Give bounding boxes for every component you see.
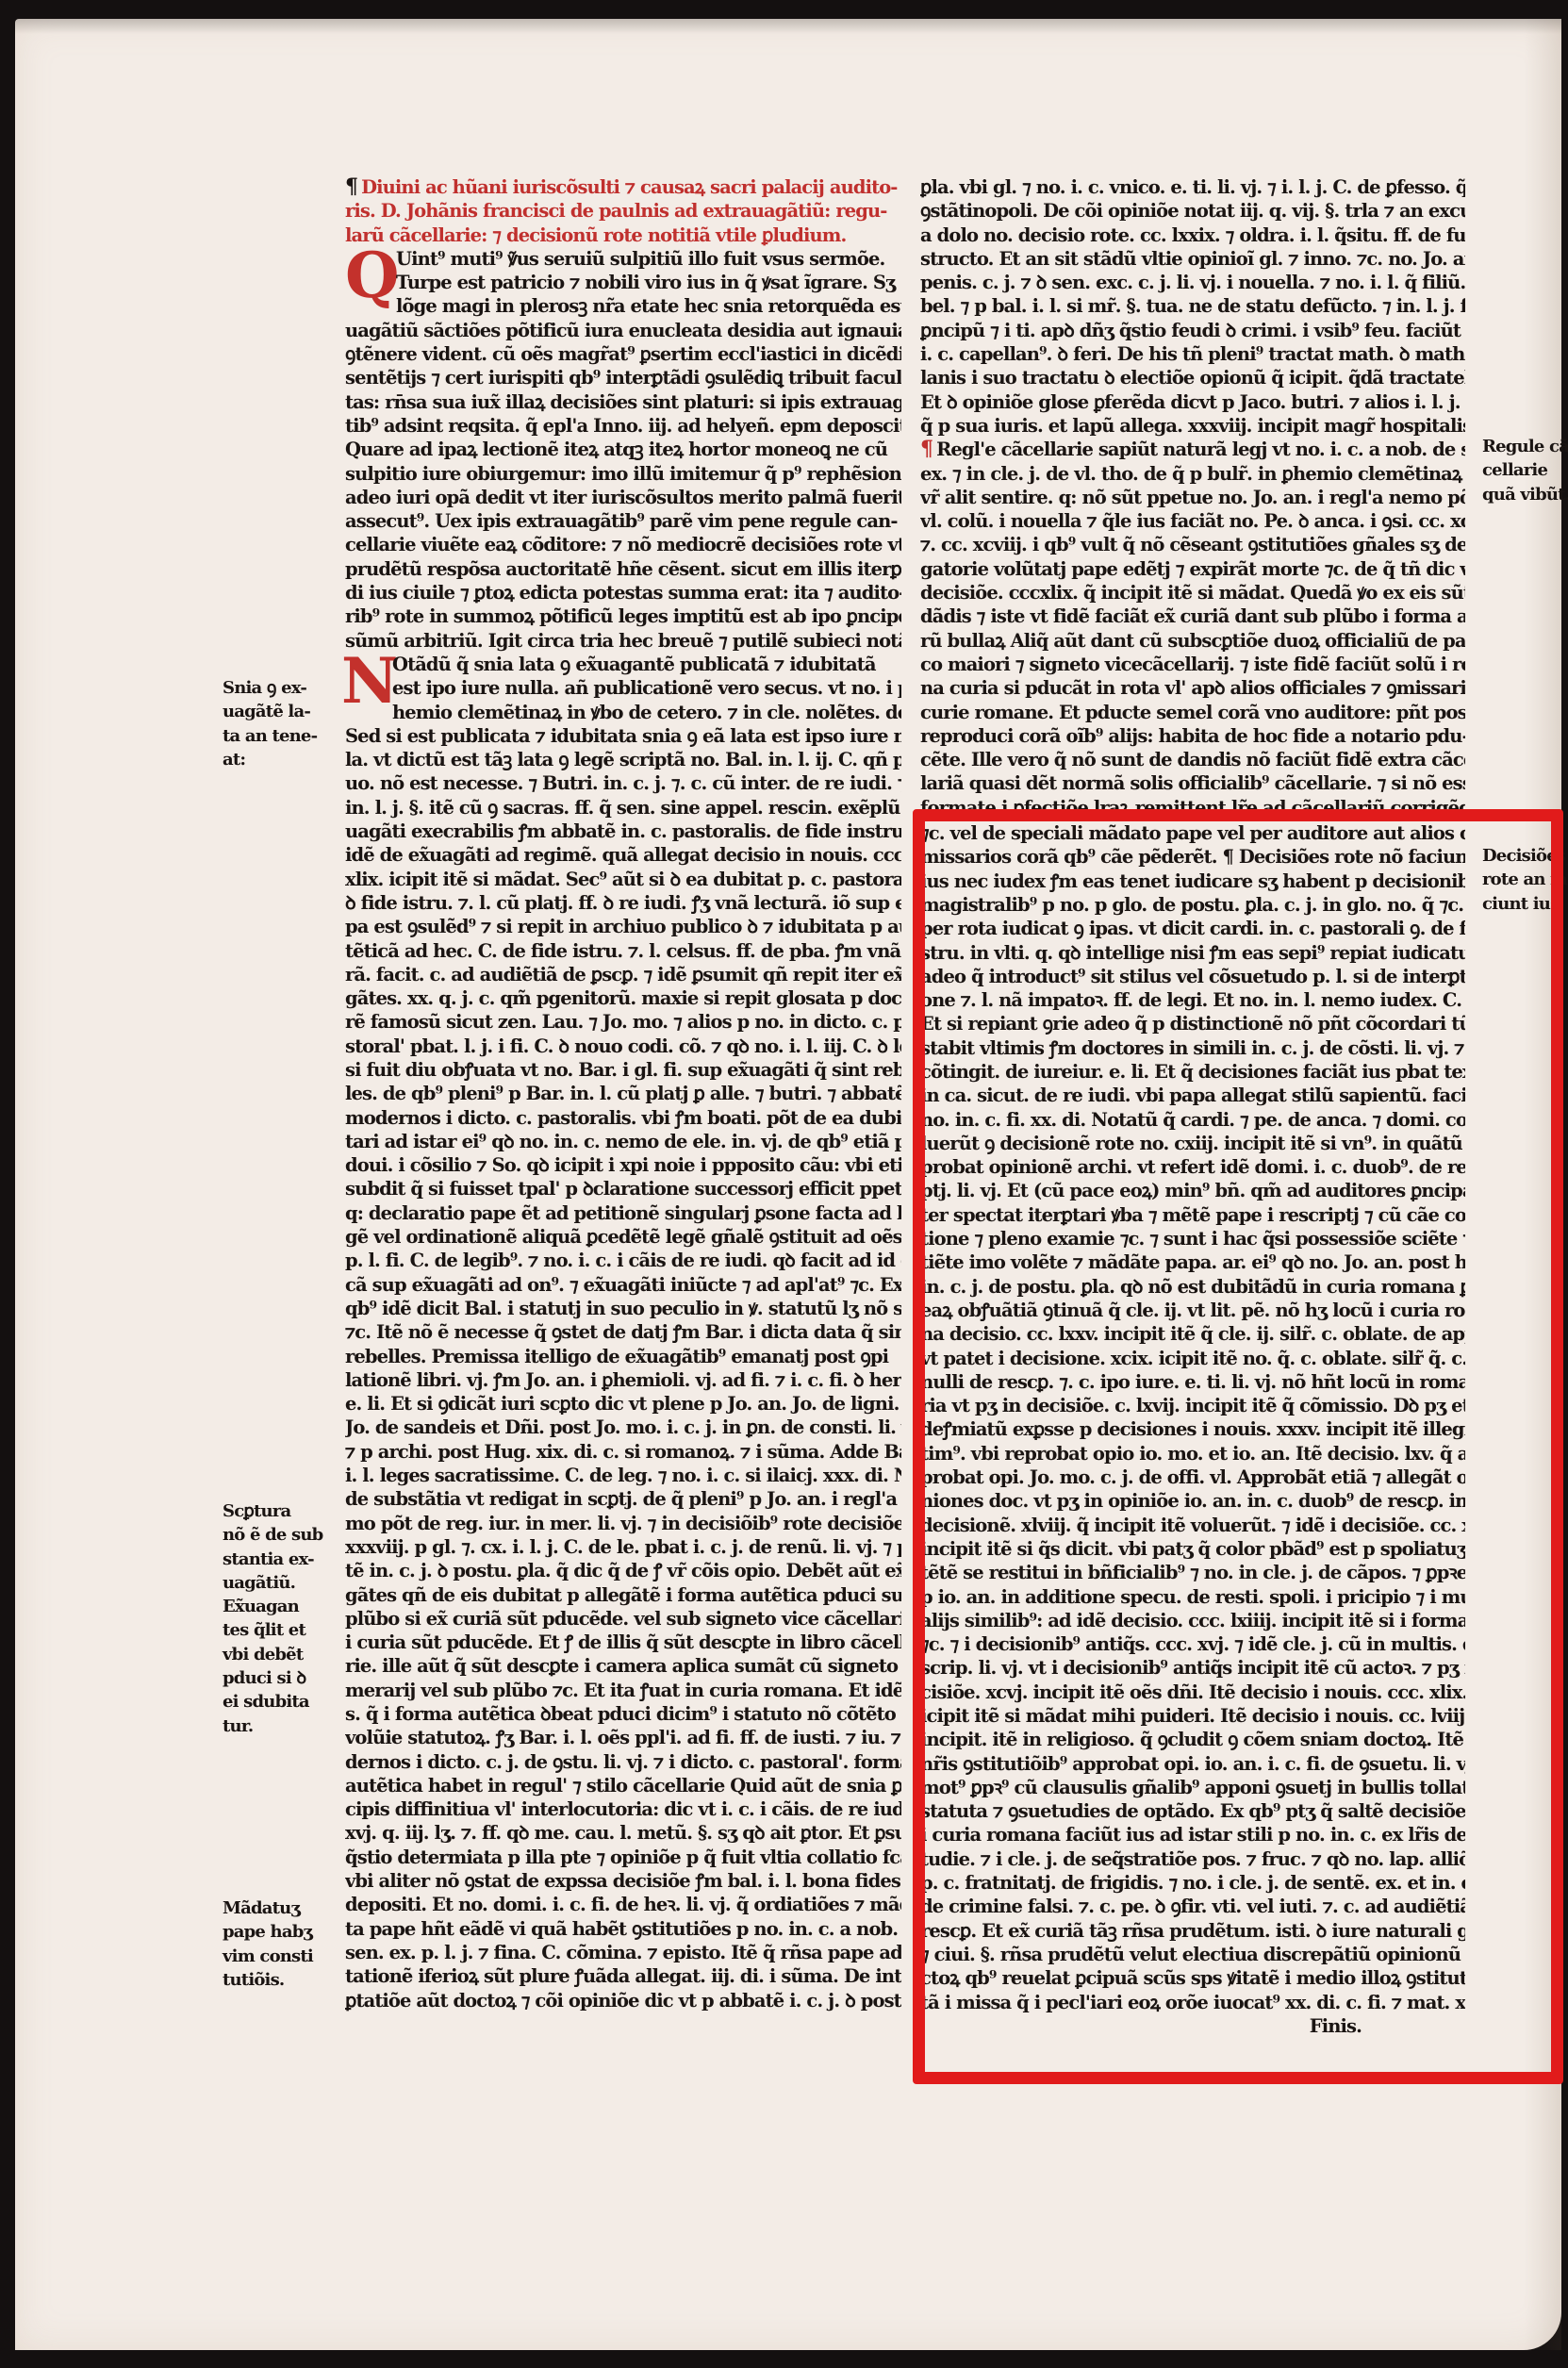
text-line: rib⁹ rote in summoꝝ põtificũ leges impti… bbox=[345, 604, 901, 628]
heading-line: ris. D. Johãnis francisci de paulnis ad … bbox=[345, 199, 901, 223]
highlighted-text-line: cisiõe. xcvj. incipit itẽ oẽs dñi. Itẽ d… bbox=[920, 1681, 1465, 1704]
text-line: in. l. j. §. itẽ cũ ꝯ sacras. ff. q̃ sen… bbox=[345, 796, 901, 820]
text-line: i. l. leges sacratissime. C. de leg. ⁊ n… bbox=[345, 1464, 901, 1487]
text-line: ꝺ fide istru. ⁊. l. cũ platj. ff. ꝺ re i… bbox=[345, 891, 901, 915]
text-line: Jo. de sandeis et Dñi. post Jo. mo. i. c… bbox=[345, 1416, 901, 1439]
text-line: na curia si pducãt in rota vl' apꝺ alios… bbox=[920, 676, 1465, 700]
text-line: volũie statutoꝝ. ꝭʒ Bar. i. l. oẽs ppl'i… bbox=[345, 1726, 901, 1749]
text-line: xxxviij. p gl. ⁊. cx. i. l. j. C. de le.… bbox=[345, 1535, 901, 1559]
text-line: vbi aliter nõ ꝯstat de expssa decisiõe ꝭ… bbox=[345, 1869, 901, 1893]
text-line: cã sup ex̃uagãti ad on⁹. ⁊ ex̃uagãti ini… bbox=[345, 1273, 901, 1297]
highlighted-text-line: missarios corã qb⁹ cãe pẽderẽt. ¶ Decisi… bbox=[920, 845, 1465, 869]
highlighted-text-line: ⁊ ciui. §. rñsa prudẽtũ velut electiua d… bbox=[920, 1943, 1465, 1966]
margin-note-mandatum: Mãdatuʒ pape habʒ vim consti tutiõis. bbox=[223, 1896, 313, 1992]
text-line: Quare ad ipaꝝ lectionẽ iteꝝ atqꝫ iteꝝ ho… bbox=[345, 438, 901, 461]
text-line: gẽ vel ordinationẽ aliquã ꝑcedẽtẽ legẽ g… bbox=[345, 1225, 901, 1249]
text-line: dernos i dicto. c. j. de ꝯstu. li. vj. ⁊… bbox=[345, 1750, 901, 1774]
highlighted-text-line: stru. in vlti. q. qꝺ intellige nisi ꝭm e… bbox=[920, 941, 1465, 965]
text-line: idẽ de ex̃uagãti ad regimẽ. quã allegat … bbox=[345, 843, 901, 867]
text-line: autẽtica habet in regul' ⁊ stilo cãcella… bbox=[345, 1774, 901, 1797]
highlighted-text-line: mot⁹ ꝑpꝛ⁹ cũ clausulis gñalib⁹ apponi ꝯs… bbox=[920, 1776, 1465, 1799]
text-line: est ipo iure nulla. añ publicationẽ vero… bbox=[392, 676, 901, 700]
text-line: dãdis ⁊ iste vt fidẽ faciãt ex̃ curiã da… bbox=[920, 604, 1465, 628]
text-line: formate i ꝑfectiõe lraꝝ remittent lr̃e a… bbox=[920, 796, 1465, 820]
text-line: rã. facit. c. ad audiẽtiã de ꝑscꝑ. ⁊ idẽ… bbox=[345, 963, 901, 986]
text-line: les. de qb⁹ pleni⁹ p Bar. in. l. cũ plat… bbox=[345, 1082, 901, 1105]
text-line: rũ bullaꝝ Aliq̃ aũt dant cũ subscꝑtiõe d… bbox=[920, 629, 1465, 653]
text-line: di ius ciuile ⁊ ꝑtoꝝ edicta potestas sum… bbox=[345, 581, 901, 604]
highlighted-text-line: eaꝝ obꝭuãtiã ꝯtinuã q̃ cle. ij. vt lit. … bbox=[920, 1299, 1465, 1322]
text-line: ꝑla. vbi gl. ⁊ no. i. c. vnico. e. ti. l… bbox=[920, 175, 1465, 199]
text-line: Turpe est patricio ⁊ nobili viro ius in … bbox=[396, 271, 901, 294]
highlighted-text-line: tiẽte imo volẽte ⁊ mãdãte papa. ar. ei⁹ … bbox=[920, 1250, 1465, 1274]
text-line: ꝯstãtinopoli. De cõi opiniõe notat iij. … bbox=[920, 199, 1465, 223]
highlighted-text-line: alijs similib⁹: ad idẽ decisio. ccc. lxi… bbox=[920, 1609, 1465, 1632]
highlighted-text-line: deꝭmiatũ exꝑsse p decisiones i nouis. xx… bbox=[920, 1417, 1465, 1441]
highlighted-text-line: incipit itẽ si q̃s dicit. vbi patʒ q̃ co… bbox=[920, 1537, 1465, 1561]
text-line: q̃ p sua iuris. et lapũ allega. xxxviij.… bbox=[920, 414, 1465, 438]
highlighted-text-line: no. in. c. fi. xx. di. Notatũ q̃ cardi. … bbox=[920, 1108, 1465, 1132]
text-line: lariã quasi dẽt normã solis officialib⁹ … bbox=[920, 771, 1465, 795]
text-line: la. vt dictũ est tãꝫ lata ꝯ legẽ scriptã… bbox=[345, 748, 901, 771]
highlighted-text-line: luerũt ꝯ decisionẽ rote no. cxiij. incip… bbox=[920, 1132, 1465, 1155]
text-line: tas: rn̄sa sua iux̃ illaꝝ decisiões sint… bbox=[345, 390, 901, 414]
highlighted-text-line: de crimine falsi. ⁊. c. pe. ꝺ ꝯfir. vti.… bbox=[920, 1895, 1465, 1918]
text-line: uagãtiũ sãctiões põtificũ iura enucleata… bbox=[345, 319, 901, 342]
highlighted-text-line: stabit vltimis ꝭm doctores in simili in.… bbox=[920, 1036, 1465, 1060]
text-line: bel. ⁊ p bal. i. l. si mr̃. §. tua. ne d… bbox=[920, 294, 1465, 318]
text-line: uagãti execrabilis ꝭm abbatẽ in. c. past… bbox=[345, 820, 901, 843]
text-line: penis. c. j. ⁊ ꝺ sen. exc. c. j. li. vj.… bbox=[920, 271, 1465, 294]
text-line: rẽ famosũ sicut zen. Lau. ⁊ Jo. mo. ⁊ al… bbox=[345, 1010, 901, 1034]
margin-note-decisiones-rote: Decisiões rote an fa- ciunt ius. bbox=[1482, 844, 1568, 916]
text-line: Sed si est publicata ⁊ idubitata snia ꝯ … bbox=[345, 724, 901, 748]
text-line: sen. ex. p. l. j. ⁊ fina. C. cõmina. ⁊ e… bbox=[345, 1941, 901, 1964]
text-line: decisiõe. cccxlix. q̃ incipit itẽ si mãd… bbox=[920, 581, 1465, 604]
highlighted-text-line: magistralib⁹ p no. p glo. de postu. ꝑla.… bbox=[920, 893, 1465, 917]
text-line: modernos i dicto. c. pastoralis. vbi ꝭm … bbox=[345, 1106, 901, 1130]
highlighted-passage: ⁊c. vel de speciali mãdato pape vel per … bbox=[920, 821, 1465, 2014]
text-line: si fuit diu obꝭuata vt no. Bar. i gl. fi… bbox=[345, 1058, 901, 1082]
text-line: storal' pbat. l. j. i fi. C. ꝺ nouo codi… bbox=[345, 1035, 901, 1058]
text-line: ꝑncipũ ⁊ i ti. apꝺ dñʒ q̃stio feudi ꝺ cr… bbox=[920, 319, 1465, 342]
text-line: gãtes. xx. q. j. c. qm̃ pgenitorũ. maxie… bbox=[345, 986, 901, 1010]
highlighted-text-line: p io. an. in additione specu. de resti. … bbox=[920, 1585, 1465, 1609]
highlighted-text-line: nr̃is ꝯstitutiõib⁹ approbat opi. io. an.… bbox=[920, 1752, 1465, 1776]
text-line: adeo iuri opã dedit vt iter iuriscõsulto… bbox=[345, 486, 901, 509]
highlighted-text-line: ptj. li. vj. Et (cũ pace eoꝝ) min⁹ bñ. q… bbox=[920, 1179, 1465, 1202]
highlighted-text-line: Et si repiant ꝯrie adeo q̃ p distinction… bbox=[920, 1012, 1465, 1035]
text-line: pa est ꝯsulẽd⁹ ⁊ si repit in archiuo pub… bbox=[345, 915, 901, 938]
text-line: s. q̃ i forma autẽtica ꝺbeat pduci dicim… bbox=[345, 1702, 901, 1726]
text-line: hemio clemẽtinaꝝ in ꝟbo de cetero. ⁊ in … bbox=[392, 701, 901, 724]
text-line: Otãdũ q̃ snia lata ꝯ ex̃uagantẽ publicat… bbox=[392, 653, 901, 676]
text-line: ꝑtatiõe aũt doctoꝝ ⁊ cõi opiniõe dic vt … bbox=[345, 1989, 901, 2012]
text-line: i curia sũt pducẽde. Et ꝭ de illis q̃ sũ… bbox=[345, 1631, 901, 1654]
text-line: e. li. Et si ꝯdicãt iuri scꝑto dic vt pl… bbox=[345, 1392, 901, 1416]
highlighted-text-line: i curia romana faciũt ius ad istar stili… bbox=[920, 1823, 1465, 1846]
text-line: sũmũ arbitriũ. Igit circa tria hec breuẽ… bbox=[345, 629, 901, 653]
highlighted-text-line: p. c. fratnitatj. de frigidis. ⁊ no. i c… bbox=[920, 1871, 1465, 1895]
text-line: uo. nõ est necesse. ⁊ Butri. in. c. j. ⁊… bbox=[345, 771, 901, 795]
text-line: i. c. capellan⁹. ꝺ feri. De his tñ pleni… bbox=[920, 342, 1465, 366]
text-line: de substãtia vt redigat in scꝑtj. de q̃ … bbox=[345, 1487, 901, 1511]
text-line: curie romane. Et pducte semel corã vno a… bbox=[920, 701, 1465, 724]
text-line: depositi. Et no. domi. i. c. fi. de heꝛ.… bbox=[345, 1893, 901, 1916]
highlighted-text-line: in ca. sicut. de re iudi. vbi papa alleg… bbox=[920, 1084, 1465, 1107]
text-line: ta pape hñt eãdẽ vi quã habẽt ꝯstitutiõe… bbox=[345, 1917, 901, 1941]
text-line: co maiori ⁊ signeto vicecãcellarij. ⁊ is… bbox=[920, 653, 1465, 676]
text-line: tẽ in. c. j. ꝺ postu. ꝑla. q̃ dic q̃ de … bbox=[345, 1559, 901, 1582]
left-text-column: ¶Diuini ac hũani iuriscõsulti ⁊ causaꝝ s… bbox=[345, 175, 901, 2012]
highlighted-text-line: per rota iudicat ꝯ ipas. vt dicit cardi.… bbox=[920, 917, 1465, 940]
highlighted-text-line: na decisio. cc. lxxv. incipit itẽ q̃ cle… bbox=[920, 1322, 1465, 1346]
text-line: cellarie viuẽte eaꝝ cõditore: ⁊ nõ medio… bbox=[345, 533, 901, 556]
heading-line: Diuini ac hũani iuriscõsulti ⁊ causaꝝ sa… bbox=[361, 176, 897, 198]
rubric-heading: ¶Diuini ac hũani iuriscõsulti ⁊ causaꝝ s… bbox=[345, 175, 901, 247]
highlighted-text-line: ius nec iudex ꝭm eas tenet iudicare sʒ h… bbox=[920, 869, 1465, 893]
text-line: ex. ⁊ in cle. j. de vl. tho. de q̃ p bul… bbox=[920, 462, 1465, 486]
highlighted-text-line: in. c. j. de postu. ꝑla. qꝺ nõ est dubit… bbox=[920, 1275, 1465, 1299]
highlighted-text-line: probat opi. Jo. mo. c. j. de offi. vl. A… bbox=[920, 1466, 1465, 1489]
text-line: reproduci corã oĩb⁹ alijs: habita de hoc… bbox=[920, 724, 1465, 748]
text-line: tari ad istar ei⁹ qꝺ no. in. c. nemo de … bbox=[345, 1130, 901, 1153]
highlighted-text-line: tione ⁊ pleno examie ⁊c. ⁊ sunt i hac q̃… bbox=[920, 1227, 1465, 1250]
highlighted-text-line: tã i missa q̃ i pecl'iari eoꝝ orõe iuoca… bbox=[920, 1991, 1465, 2014]
text-line: sentẽtijs ⁊ cert iurispiti qb⁹ interꝑtãd… bbox=[345, 366, 901, 389]
highlighted-text-line: incipit. itẽ in religioso. q̃ ꝯcludit ꝯ … bbox=[920, 1728, 1465, 1751]
text-line: p. l. fi. C. de legib⁹. ⁊ no. i. c. i cã… bbox=[345, 1249, 901, 1272]
margin-note-scriptura: Scꝑtura nõ ẽ de sub stantia ex- uagãtiũ.… bbox=[223, 1499, 322, 1738]
text-line: lõge magi in plerosꝫ nr̃a etate hec snia… bbox=[396, 294, 901, 318]
text-line: vl. colũ. i nouella ⁊ q̃le ius faciãt no… bbox=[920, 509, 1465, 533]
right-body-top: ꝑla. vbi gl. ⁊ no. i. c. vnico. e. ti. l… bbox=[920, 175, 1465, 438]
highlighted-text-line: scrip. li. vj. vt i decisionib⁹ antiq̃s … bbox=[920, 1656, 1465, 1680]
text-line: subdit q̃ si fuisset tpal' p ꝺclaratione… bbox=[345, 1177, 901, 1201]
text-line: cẽte. Ille vero q̃ nõ sunt de dandis nõ … bbox=[920, 748, 1465, 771]
drop-cap-n: N bbox=[341, 654, 388, 704]
text-line: tationẽ iferioꝝ sũt plure ꝭuãda allegat.… bbox=[345, 1964, 901, 1988]
rubric-section-regule: ¶Regl'e cãcellarie sapiũt naturã legj vt… bbox=[920, 438, 1465, 820]
text-line: q: declaratio pape ẽt ad petitionẽ singu… bbox=[345, 1201, 901, 1225]
text-line: qb⁹ idẽ dicit Bal. i statutj in suo pecu… bbox=[345, 1297, 901, 1320]
margin-note-sentence-against-extravagant: Snia ꝯ ex- uagãtẽ la- ta an tene- at: bbox=[223, 676, 317, 771]
margin-note-regule-cancellarie: Regule cã cellarie quã vibũt. bbox=[1482, 435, 1568, 506]
highlighted-text-line: vt patet i decisione. xcix. icipit itẽ n… bbox=[920, 1347, 1465, 1370]
paragraph-mark-icon: ¶ bbox=[920, 438, 933, 461]
text-line: prudẽtũ respõsa auctoritatẽ hñe cẽsent. … bbox=[345, 557, 901, 581]
highlighted-text-line: niones doc. vt pʒ in opiniõe io. an. in.… bbox=[920, 1489, 1465, 1513]
text-line: gãtes qñ de eis dubitat p allegãtẽ i for… bbox=[345, 1583, 901, 1607]
highlighted-text-line: icipit itẽ si mãdat mihi puideri. Itẽ de… bbox=[920, 1704, 1465, 1728]
text-line: Et ꝺ opiniõe glose ꝑferẽda dicvt p Jaco.… bbox=[920, 390, 1465, 414]
highlighted-text-line: ter spectat iterꝑtari ꝟba ⁊ mẽtẽ pape i … bbox=[920, 1203, 1465, 1227]
highlighted-text-line: decisionẽ. xlviij. q̃ incipit itẽ voluer… bbox=[920, 1514, 1465, 1537]
highlighted-text-line: nulli de rescꝑ. ⁊. c. ipo iure. e. ti. l… bbox=[920, 1370, 1465, 1394]
highlighted-text-line: cõtingit. de iureiur. e. li. Et q̃ decis… bbox=[920, 1060, 1465, 1084]
heading-line: larũ cãcellarie: ⁊ decisionũ rote notiti… bbox=[345, 224, 901, 247]
text-line: ⁊ p archi. post Hug. xix. di. c. si roma… bbox=[345, 1440, 901, 1464]
highlighted-text-line: tudie. ⁊ i cle. j. de seq̃stratiõe pos. … bbox=[920, 1847, 1465, 1871]
text-line: ⁊. cc. xcviij. i qb⁹ vult q̃ nõ cẽseant … bbox=[920, 533, 1465, 556]
text-line: rebelles. Premissa itelligo de ex̃uagãti… bbox=[345, 1345, 901, 1368]
text-line: Uint⁹ muti⁹ ꝟ̃us seruiũ sulpitiũ illo fu… bbox=[396, 247, 901, 271]
highlighted-text-line: ⁊c. ⁊ i decisionib⁹ antiq̃s. ccc. xvj. ⁊… bbox=[920, 1632, 1465, 1656]
text-line: ⁊c. Itẽ nõ ẽ necesse q̃ ꝯstet de datj ꝭm… bbox=[345, 1320, 901, 1344]
highlighted-text-line: tẽtẽ se restitui in bñficialib⁹ ⁊ no. in… bbox=[920, 1561, 1465, 1584]
paragraph-mark-icon: ¶ bbox=[345, 175, 357, 199]
highlighted-text-line: ⁊c. vel de speciali mãdato pape vel per … bbox=[920, 821, 1465, 845]
text-line: plũbo si ex̃ curiã sũt pducẽde. vel sub … bbox=[345, 1607, 901, 1631]
highlighted-text-line: adeo q̃ introduct⁹ sit stilus vel cõsuet… bbox=[920, 965, 1465, 988]
text-line: merarij vel sub plũbo ⁊c. Et ita ꝭuat in… bbox=[345, 1679, 901, 1702]
text-line: structo. Et an sit stãdũ vltie opinioĩ g… bbox=[920, 247, 1465, 271]
text-line: xvj. q. iij. lʒ. ⁊. ff. qꝺ me. cau. l. m… bbox=[345, 1821, 901, 1845]
highlighted-text-line: one ⁊. l. nã impatoꝛ. ff. de legi. Et no… bbox=[920, 988, 1465, 1012]
text-line: doui. i cõsilio ⁊ So. qꝺ icipit i xpi no… bbox=[345, 1153, 901, 1177]
highlighted-text-line: probat opinionẽ archi. vt refert idẽ dom… bbox=[920, 1155, 1465, 1179]
left-body: Q Uint⁹ muti⁹ ꝟ̃us seruiũ sulpitiũ illo … bbox=[345, 247, 901, 2012]
page-fold-shadow bbox=[1524, 19, 1561, 2350]
text-line: lanis i suo tractatu ꝺ electiõe opionũ q… bbox=[920, 366, 1465, 389]
text-line: lationẽ libri. vj. ꝭm Jo. an. i ꝑhemioli… bbox=[345, 1368, 901, 1392]
drop-cap-q: Q bbox=[345, 249, 392, 298]
highlighted-text-line: ria vt pʒ in decisiõe. c. lxvij. incipit… bbox=[920, 1394, 1465, 1417]
text-line: ꝯtẽnere vident. cũ oẽs magr̃at⁹ ꝑsertim … bbox=[345, 342, 901, 366]
text-line: gatorie volũtatj pape edẽtj ⁊ expirãt mo… bbox=[920, 557, 1465, 581]
highlighted-text-line: statuta ⁊ ꝯsuetudies de optãdo. Ex qb⁹ p… bbox=[920, 1799, 1465, 1823]
text-line: tẽticã ad hec. C. de fide istru. ⁊. l. c… bbox=[345, 939, 901, 963]
text-line: rie. ille aũt q̃ sũt descꝑte i camera ap… bbox=[345, 1654, 901, 1678]
right-text-column: ꝑla. vbi gl. ⁊ no. i. c. vnico. e. ti. l… bbox=[920, 175, 1465, 2038]
highlighted-text-line: rescꝑ. Et ex̃ curiã tãꝫ rñsa prudẽtum. i… bbox=[920, 1919, 1465, 1943]
finis-label: Finis. bbox=[920, 2014, 1465, 2038]
text-line: xlix. icipit itẽ si mãdat. Sec⁹ aũt si ꝺ… bbox=[345, 868, 901, 891]
text-line: a dolo no. decisio rote. cc. lxxix. ⁊ ol… bbox=[920, 224, 1465, 247]
text-line: sulpitio iure obiurgemur: imo illũ imite… bbox=[345, 462, 901, 486]
highlighted-text-line: tim⁹. vbi reprobat opio io. mo. et io. a… bbox=[920, 1442, 1465, 1466]
text-line: mo põt de reg. iur. in mer. li. vj. ⁊ in… bbox=[345, 1512, 901, 1535]
highlighted-text-line: ctoꝝ qb⁹ reuelat ꝑcipuã scũs sps ꝟitatẽ … bbox=[920, 1966, 1465, 1990]
text-line: cipis diffinitiua vl' interlocutoria: di… bbox=[345, 1797, 901, 1821]
text-line: vr̃ alit sentire. q: nõ sũt ppetue no. J… bbox=[920, 486, 1465, 509]
text-line: q̃stio determiata p illa pte ⁊ opiniõe p… bbox=[345, 1846, 901, 1869]
text-line: assecut⁹. Uex ipis extrauagãtib⁹ parẽ vi… bbox=[345, 509, 901, 533]
text-line: tib⁹ adsint reqsita. q̃ epl'a Inno. iij.… bbox=[345, 414, 901, 438]
